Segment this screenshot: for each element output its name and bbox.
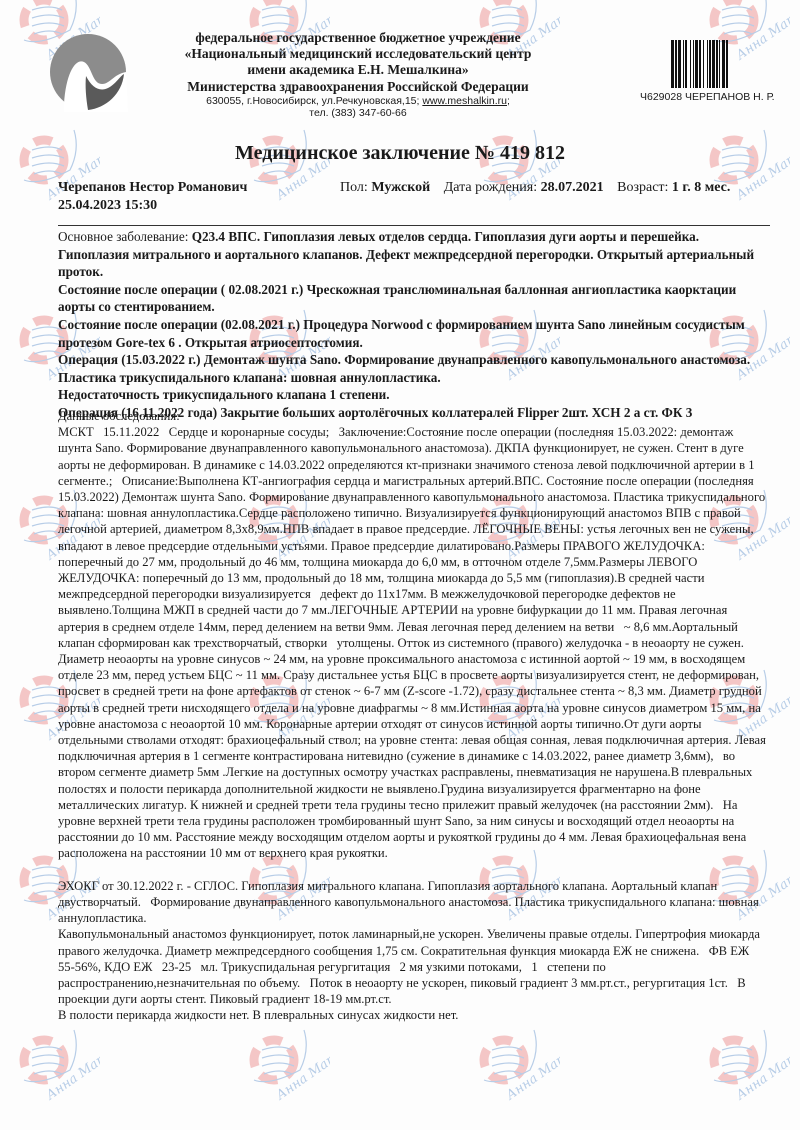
age-label: Возраст: <box>617 180 668 195</box>
history-item: Операция (15.03.2022 г.) Демонтаж шунта … <box>58 351 770 386</box>
dob-value: 28.07.2021 <box>541 180 604 195</box>
svg-text:Анна Мария: Анна Мария <box>43 1042 100 1104</box>
echo-report-summary: ЭХОКГ от 30.12.2022 г. - СГЛОС. Гипоплаз… <box>58 878 770 927</box>
barcode-icon <box>640 40 760 88</box>
document-title: Медицинское заключение № 419 812 <box>0 142 800 165</box>
barcode-text: Ч629028 ЧЕРЕПАНОВ Н. Р. <box>640 91 760 103</box>
examination-section: Данные обследования: МСКТ 15.11.2022 Сер… <box>58 408 770 1024</box>
website-link[interactable]: www.meshalkin.ru <box>422 95 507 107</box>
mskt-report: МСКТ 15.11.2022 Сердце и коронарные сосу… <box>58 424 770 861</box>
age-value: 1 г. 8 мес. <box>672 180 730 195</box>
divider <box>58 225 770 226</box>
patient-demographics: Пол: Мужской Дата рождения: 28.07.2021 В… <box>340 180 730 196</box>
lifebuoy-hand-watermark-icon: Анна Мария <box>10 1020 100 1110</box>
history-item: Состояние после операции ( 02.08.2021 г.… <box>58 281 770 316</box>
lifebuoy-hand-watermark-icon: Анна Мария <box>700 1020 790 1110</box>
org-line-2: «Национальный медицинский исследовательс… <box>178 46 538 62</box>
org-line-1: федеральное государственное бюджетное уч… <box>178 30 538 46</box>
address-text: 630055, г.Новосибирск, ул.Речкуновская,1… <box>206 95 419 107</box>
lifebuoy-hand-watermark-icon: Анна Мария <box>470 1020 560 1110</box>
echo-report-details: Кавопульмональный анастомоз функционируе… <box>58 926 770 1007</box>
report-datetime: 25.04.2023 15:30 <box>58 198 157 214</box>
examination-heading: Данные обследования: <box>58 408 770 424</box>
svg-text:Анна Мария: Анна Мария <box>503 1042 560 1104</box>
org-phone: тел. (383) 347-60-66 <box>178 107 538 120</box>
main-diagnosis: Основное заболевание: Q23.4 ВПС. Гипопла… <box>58 228 770 281</box>
svg-text:Анна Мария: Анна Мария <box>733 1042 790 1104</box>
document-page: Анна МарияАнна МарияАнна МарияАнна Мария… <box>0 0 800 1130</box>
meshalkin-logo-icon <box>48 32 128 112</box>
lifebuoy-hand-watermark-icon: Анна Мария <box>700 120 790 210</box>
org-line-3: имени академика Е.Н. Мешалкина» <box>178 62 538 78</box>
lifebuoy-hand-watermark-icon: Анна Мария <box>470 120 560 210</box>
lifebuoy-hand-watermark-icon: Анна Мария <box>10 120 100 210</box>
org-line-4: Министерства здравоохранения Российской … <box>178 79 538 95</box>
history-item: Состояние после операции (02.08.2021 г.)… <box>58 316 770 351</box>
svg-text:Анна Мария: Анна Мария <box>273 1042 330 1104</box>
organization-header: федеральное государственное бюджетное уч… <box>178 30 538 120</box>
sex-label: Пол: <box>340 180 368 195</box>
patient-name: Черепанов Нестор Романович <box>58 180 247 196</box>
org-address: 630055, г.Новосибирск, ул.Речкуновская,1… <box>178 95 538 108</box>
patient-barcode: Ч629028 ЧЕРЕПАНОВ Н. Р. <box>640 40 760 103</box>
history-item: Недостаточность трикуспидального клапана… <box>58 386 770 404</box>
sex-value: Мужской <box>371 180 430 195</box>
dob-label: Дата рождения: <box>444 180 537 195</box>
lifebuoy-hand-watermark-icon: Анна Мария <box>240 120 330 210</box>
lifebuoy-hand-watermark-icon: Анна Мария <box>240 1020 330 1110</box>
echo-report-conclusion: В полости перикарда жидкости нет. В плев… <box>58 1007 770 1023</box>
diagnosis-section: Основное заболевание: Q23.4 ВПС. Гипопла… <box>58 228 770 422</box>
main-diagnosis-label: Основное заболевание: <box>58 229 188 244</box>
address-end: ; <box>507 95 510 107</box>
